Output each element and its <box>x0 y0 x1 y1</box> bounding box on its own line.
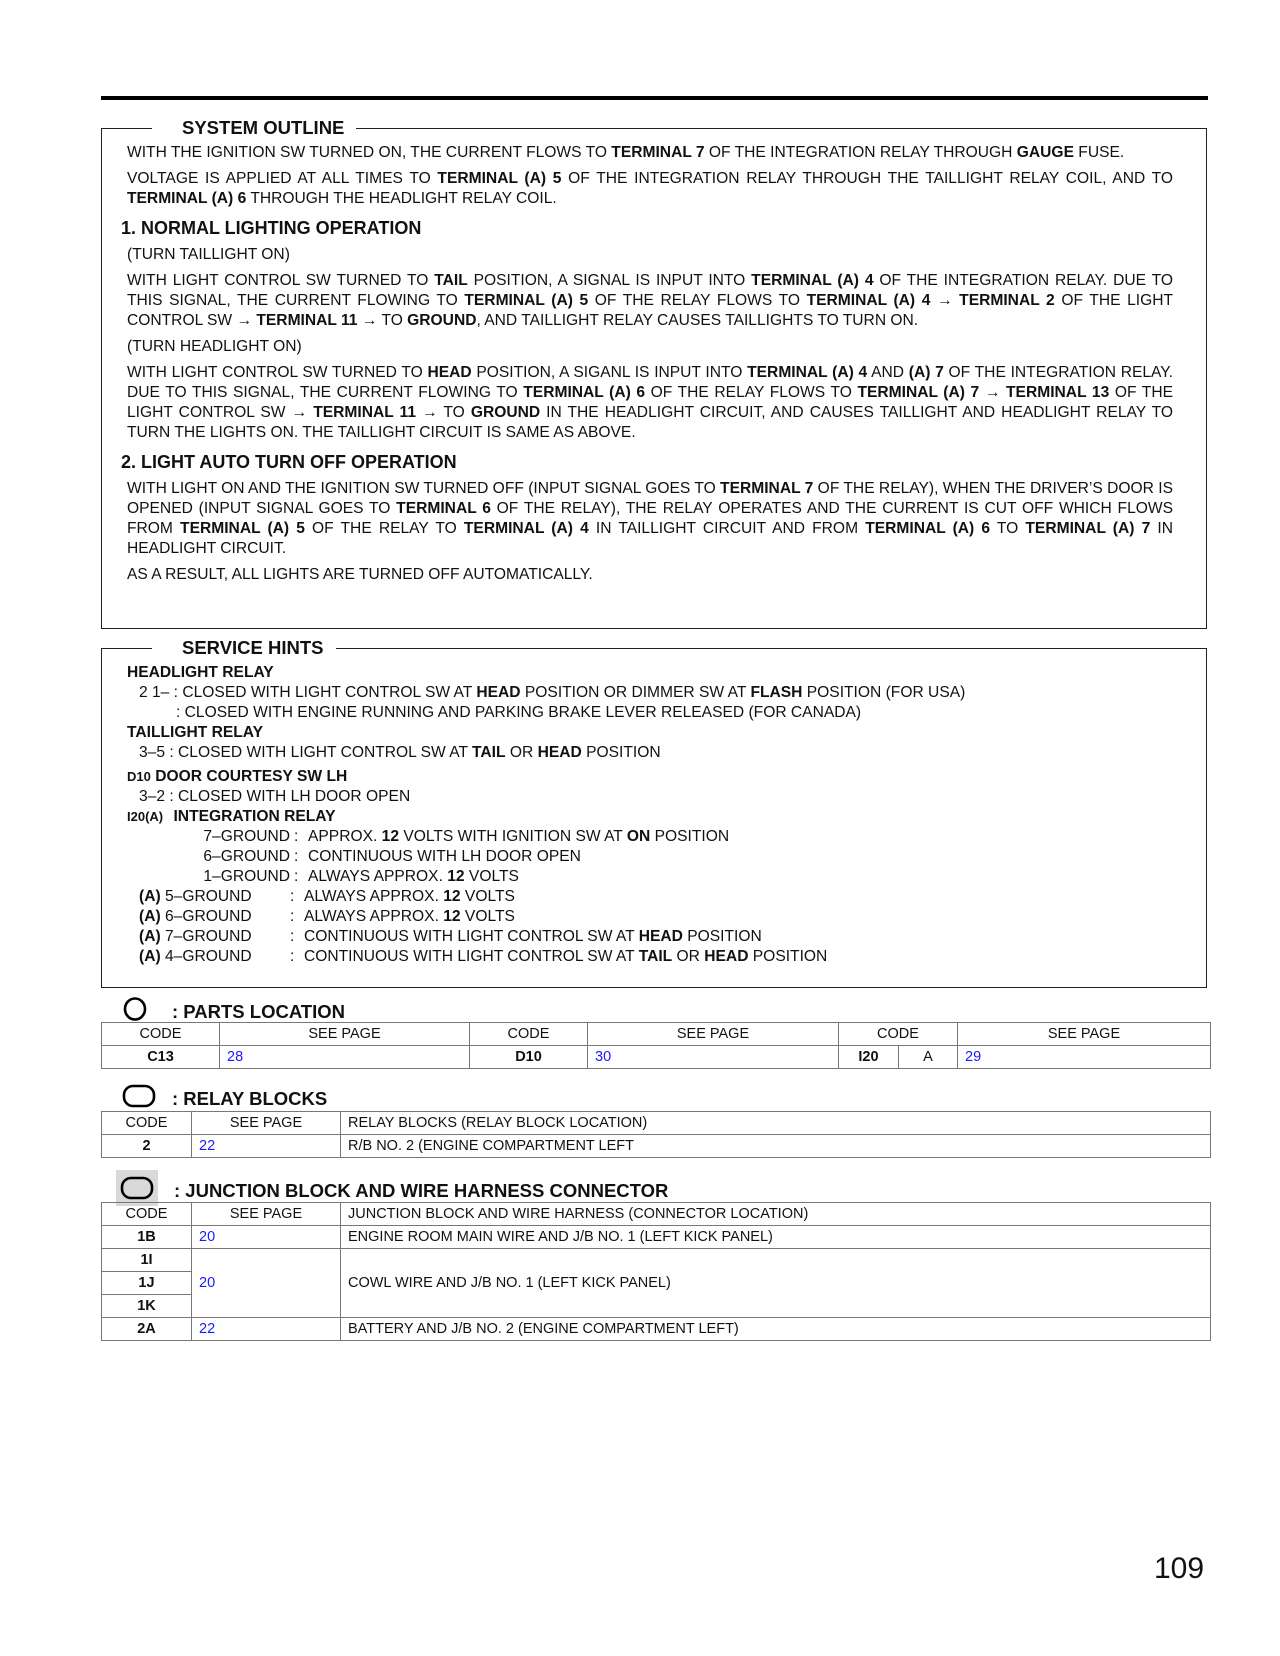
page-link[interactable]: 20 <box>192 1249 341 1318</box>
integration-relay-code: I20(A) <box>127 809 163 824</box>
table-header-row: CODE SEE PAGE RELAY BLOCKS (RELAY BLOCK … <box>102 1112 1211 1135</box>
header-code: CODE <box>102 1112 192 1135</box>
top-rule <box>101 96 1208 100</box>
headlight-relay-title: HEADLIGHT RELAY <box>127 663 1186 683</box>
integration-relay-row: 6–GROUND:CONTINUOUS WITH LH DOOR OPEN <box>127 847 1186 867</box>
page-link[interactable]: 30 <box>588 1046 839 1069</box>
taillight-relay-title: TAILLIGHT RELAY <box>127 723 1186 743</box>
taillight-relay-lines: 3–5 : CLOSED WITH LIGHT CONTROL SW AT TA… <box>127 743 1186 763</box>
table-row: 2A 22 BATTERY AND J/B NO. 2 (ENGINE COMP… <box>102 1318 1211 1341</box>
door-courtesy-code: D10 <box>127 769 151 784</box>
page-link[interactable]: 29 <box>958 1046 1211 1069</box>
relay-blocks-title: : RELAY BLOCKS <box>172 1088 327 1110</box>
header-see-page: SEE PAGE <box>958 1023 1211 1046</box>
page-number: 109 <box>1154 1552 1204 1586</box>
relay-code: 2 <box>102 1135 192 1158</box>
header-code: CODE <box>470 1023 588 1046</box>
sub-heading: AS A RESULT, ALL LIGHTS ARE TURNED OFF A… <box>127 565 1173 585</box>
sub-heading: (TURN TAILLIGHT ON) <box>127 245 1173 265</box>
parts-location-title: : PARTS LOCATION <box>172 1001 345 1023</box>
parts-location-table: CODE SEE PAGE CODE SEE PAGE CODE SEE PAG… <box>101 1022 1211 1069</box>
door-courtesy-line: 3–2 : CLOSED WITH LH DOOR OPEN <box>127 787 1186 807</box>
service-hints-title: SERVICE HINTS <box>152 637 336 659</box>
integration-relay-row: 1–GROUND:ALWAYS APPROX. 12 VOLTS <box>127 867 1186 887</box>
integration-relay-section: I20(A) INTEGRATION RELAY 7–GROUND:APPROX… <box>127 807 1186 967</box>
table-header-row: CODE SEE PAGE CODE SEE PAGE CODE SEE PAG… <box>102 1023 1211 1046</box>
service-hints-box: SERVICE HINTS HEADLIGHT RELAY 2 1– : CLO… <box>101 648 1207 988</box>
jb-code: 1I <box>102 1249 192 1272</box>
hint-line: 3–5 : CLOSED WITH LIGHT CONTROL SW AT TA… <box>127 743 1186 763</box>
sub-heading: (TURN HEADLIGHT ON) <box>127 337 1173 357</box>
integration-relay-heading: I20(A) INTEGRATION RELAY <box>127 807 1186 827</box>
relay-blocks-heading: : RELAY BLOCKS <box>122 1083 327 1114</box>
header-code: CODE <box>102 1023 220 1046</box>
junction-blocks-table: CODE SEE PAGE JUNCTION BLOCK AND WIRE HA… <box>101 1202 1211 1341</box>
part-subcode: A <box>899 1046 958 1069</box>
system-outline-box: SYSTEM OUTLINE WITH THE IGNITION SW TURN… <box>101 128 1207 629</box>
integration-relay-row: 7–GROUND:APPROX. 12 VOLTS WITH IGNITION … <box>127 827 1186 847</box>
jb-code: 1K <box>102 1295 192 1318</box>
table-row: 1I 20 COWL WIRE AND J/B NO. 1 (LEFT KICK… <box>102 1249 1211 1272</box>
jb-code: 1B <box>102 1226 192 1249</box>
junction-blocks-title: : JUNCTION BLOCK AND WIRE HARNESS CONNEC… <box>174 1180 668 1202</box>
integration-relay-row: (A) 5–GROUND:ALWAYS APPROX. 12 VOLTS <box>127 887 1186 907</box>
part-code: C13 <box>102 1046 220 1069</box>
rounded-rect-icon <box>122 1083 158 1114</box>
part-code: I20 <box>839 1046 899 1069</box>
integration-relay-row: (A) 6–GROUND:ALWAYS APPROX. 12 VOLTS <box>127 907 1186 927</box>
headlight-relay-lines: 2 1– : CLOSED WITH LIGHT CONTROL SW AT H… <box>127 683 1186 723</box>
header-see-page: SEE PAGE <box>192 1203 341 1226</box>
header-see-page: SEE PAGE <box>192 1112 341 1135</box>
header-see-page: SEE PAGE <box>588 1023 839 1046</box>
header-code: CODE <box>839 1023 958 1046</box>
relay-description: R/B NO. 2 (ENGINE COMPARTMENT LEFT <box>341 1135 1211 1158</box>
page-link[interactable]: 20 <box>192 1226 341 1249</box>
page-link[interactable]: 22 <box>192 1135 341 1158</box>
hint-line: 2 1– : CLOSED WITH LIGHT CONTROL SW AT H… <box>127 683 1186 703</box>
hint-line: : CLOSED WITH ENGINE RUNNING AND PARKING… <box>127 703 1186 723</box>
part-code: D10 <box>470 1046 588 1069</box>
relay-blocks-table: CODE SEE PAGE RELAY BLOCKS (RELAY BLOCK … <box>101 1111 1211 1158</box>
jb-code: 2A <box>102 1318 192 1341</box>
table-row: C13 28 D10 30 I20 A 29 <box>102 1046 1211 1069</box>
page-link[interactable]: 28 <box>220 1046 470 1069</box>
integration-relay-row: (A) 4–GROUND:CONTINUOUS WITH LIGHT CONTR… <box>127 947 1186 967</box>
jb-description: BATTERY AND J/B NO. 2 (ENGINE COMPARTMEN… <box>341 1318 1211 1341</box>
door-courtesy-heading: D10 DOOR COURTESY SW LH <box>127 767 1186 787</box>
door-courtesy-section: D10 DOOR COURTESY SW LH 3–2 : CLOSED WIT… <box>127 767 1186 807</box>
jb-description: COWL WIRE AND J/B NO. 1 (LEFT KICK PANEL… <box>341 1249 1211 1318</box>
section-heading: 2. LIGHT AUTO TURN OFF OPERATION <box>121 451 1173 473</box>
header-description: JUNCTION BLOCK AND WIRE HARNESS (CONNECT… <box>341 1203 1211 1226</box>
table-row: 2 22 R/B NO. 2 (ENGINE COMPARTMENT LEFT <box>102 1135 1211 1158</box>
outline-paragraph: WITH LIGHT CONTROL SW TURNED TO HEAD POS… <box>127 363 1173 443</box>
jb-description: ENGINE ROOM MAIN WIRE AND J/B NO. 1 (LEF… <box>341 1226 1211 1249</box>
page-link[interactable]: 22 <box>192 1318 341 1341</box>
outline-paragraph: WITH THE IGNITION SW TURNED ON, THE CURR… <box>127 143 1173 163</box>
header-see-page: SEE PAGE <box>220 1023 470 1046</box>
door-courtesy-title: DOOR COURTESY SW LH <box>155 768 347 785</box>
header-code: CODE <box>102 1203 192 1226</box>
table-row: 1B 20 ENGINE ROOM MAIN WIRE AND J/B NO. … <box>102 1226 1211 1249</box>
outline-paragraph: WITH LIGHT ON AND THE IGNITION SW TURNED… <box>127 479 1173 559</box>
system-outline-content: WITH THE IGNITION SW TURNED ON, THE CURR… <box>127 143 1173 585</box>
header-description: RELAY BLOCKS (RELAY BLOCK LOCATION) <box>341 1112 1211 1135</box>
section-heading: 1. NORMAL LIGHTING OPERATION <box>121 217 1173 239</box>
system-outline-title: SYSTEM OUTLINE <box>152 117 356 139</box>
integration-relay-title: INTEGRATION RELAY <box>173 808 335 825</box>
integration-relay-row: (A) 7–GROUND:CONTINUOUS WITH LIGHT CONTR… <box>127 927 1186 947</box>
outline-paragraph: WITH LIGHT CONTROL SW TURNED TO TAIL POS… <box>127 271 1173 331</box>
headlight-relay-section: HEADLIGHT RELAY 2 1– : CLOSED WITH LIGHT… <box>127 663 1186 723</box>
jb-code: 1J <box>102 1272 192 1295</box>
integration-relay-rows: 7–GROUND:APPROX. 12 VOLTS WITH IGNITION … <box>127 827 1186 967</box>
taillight-relay-section: TAILLIGHT RELAY 3–5 : CLOSED WITH LIGHT … <box>127 723 1186 763</box>
outline-paragraph: VOLTAGE IS APPLIED AT ALL TIMES TO TERMI… <box>127 169 1173 209</box>
table-header-row: CODE SEE PAGE JUNCTION BLOCK AND WIRE HA… <box>102 1203 1211 1226</box>
